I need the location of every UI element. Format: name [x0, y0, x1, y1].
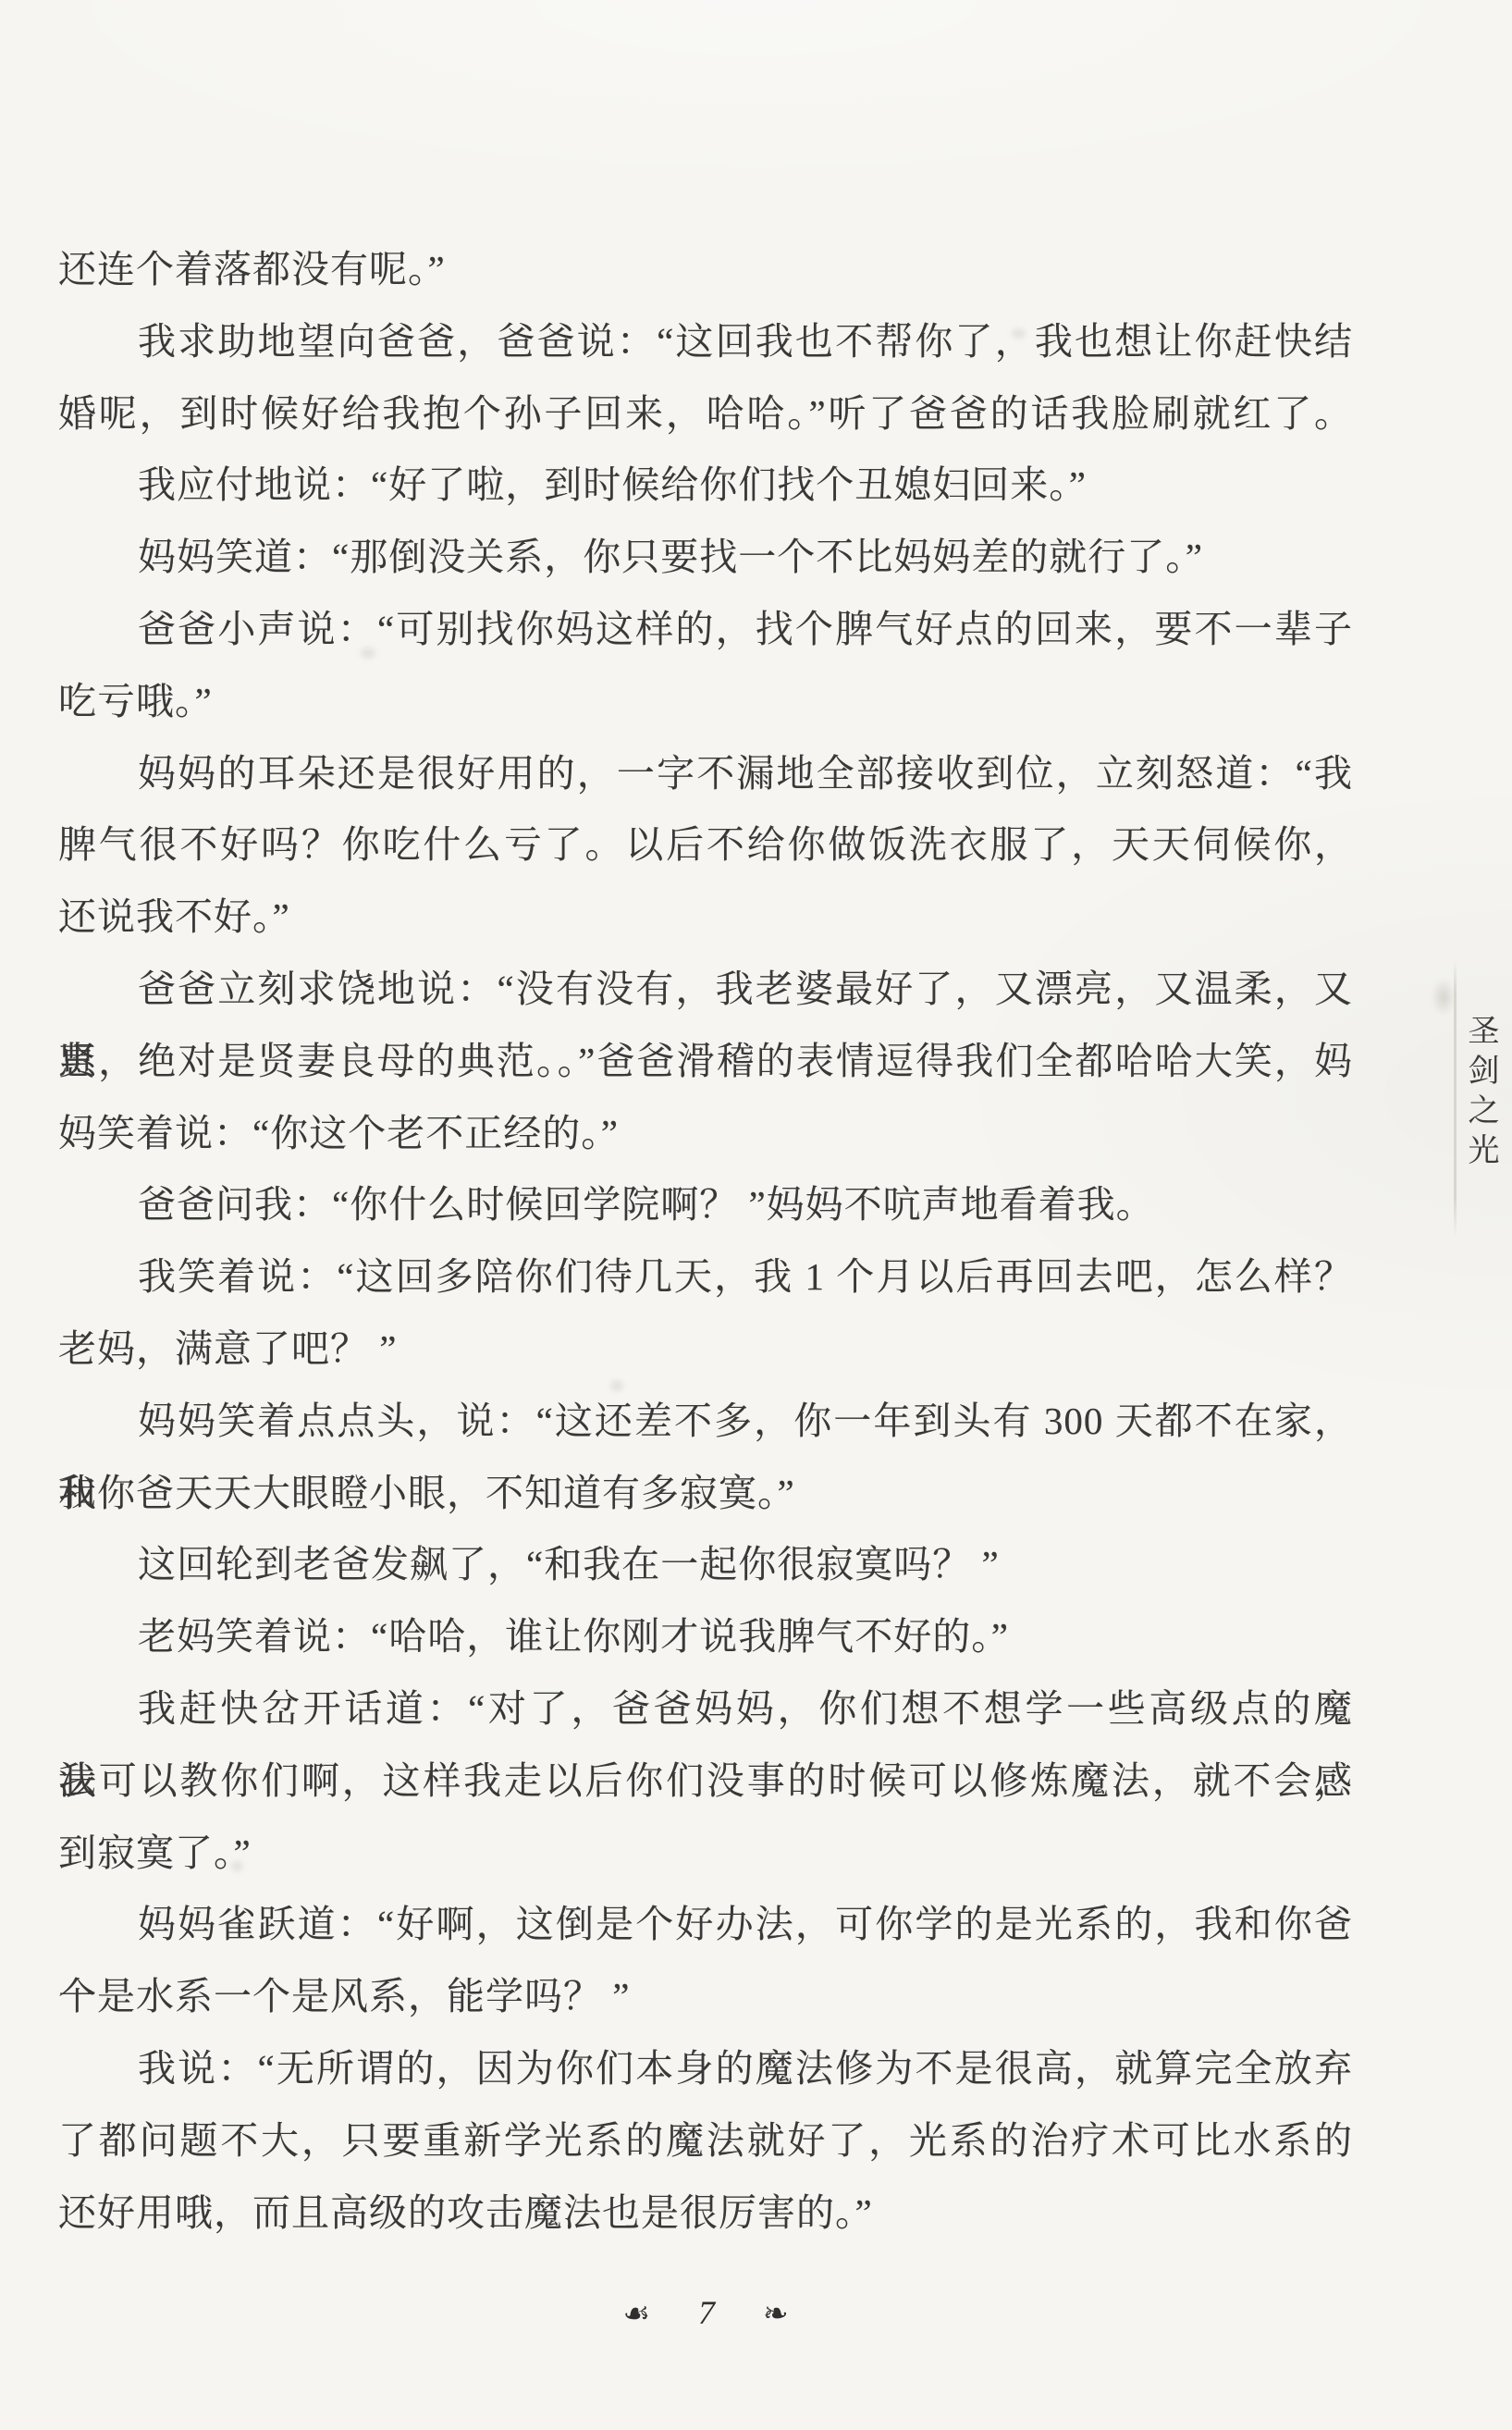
margin-divider-line	[1454, 960, 1457, 1238]
text-line: 婚呢，到时候好给我抱个孙子回来，哈哈。”听了爸爸的话我脸刷就红了。	[58, 378, 1353, 450]
text-line: 还好用哦，而且高级的攻击魔法也是很厉害的。”	[58, 2177, 1353, 2250]
book-page: 还连个着落都没有呢。”我求助地望向爸爸，爸爸说：“这回我也不帮你了，我也想让你赶…	[0, 0, 1512, 2430]
text-line: 妈妈雀跃道：“好啊，这倒是个好办法，可你学的是光系的，我和你爸一	[58, 1889, 1353, 1961]
text-line: 妈妈的耳朵还是很好用的，一字不漏地全部接收到位，立刻怒道：“我	[58, 738, 1353, 810]
scan-smudge	[1432, 979, 1456, 1016]
text-line: 我求助地望向爸爸，爸爸说：“这回我也不帮你了，我也想让你赶快结	[58, 306, 1353, 378]
text-line: 和你爸天天大眼瞪小眼，不知道有多寂寞。”	[58, 1458, 1353, 1530]
text-line: 爸爸小声说：“可别找你妈这样的，找个脾气好点的回来，要不一辈子	[58, 594, 1353, 666]
body-text: 还连个着落都没有呢。”我求助地望向爸爸，爸爸说：“这回我也不帮你了，我也想让你赶…	[58, 234, 1353, 2249]
text-line: 我笑着说：“这回多陪你们待几天，我 1 个月以后再回去吧，怎么样？	[58, 1241, 1353, 1314]
text-line: 妈笑着说：“你这个老不正经的。”	[58, 1098, 1353, 1170]
text-line: 老妈，满意了吧？ ”	[58, 1314, 1353, 1386]
text-line: 脾气很不好吗？你吃什么亏了。以后不给你做饭洗衣服了，天天伺候你，	[58, 809, 1353, 882]
text-line: 惠，绝对是贤妻良母的典范。。”爸爸滑稽的表情逗得我们全都哈哈大笑，妈	[58, 1026, 1353, 1098]
text-line: 这回轮到老爸发飙了，“和我在一起你很寂寞吗？ ”	[58, 1529, 1353, 1601]
text-line: 妈妈笑道：“那倒没关系，你只要找一个不比妈妈差的就行了。”	[58, 522, 1353, 594]
book-title-vertical: 圣剑之光	[1457, 1014, 1503, 1173]
text-line: 到寂寞了。”	[58, 1818, 1353, 1890]
page-footer: ☙ 7 ❧	[58, 2277, 1353, 2348]
page-number: 7	[698, 2296, 715, 2329]
text-line: 爸爸问我：“你什么时候回学院啊？ ”妈妈不吭声地看着我。	[58, 1169, 1353, 1241]
text-line: 我说：“无所谓的，因为你们本身的魔法修为不是很高，就算完全放弃	[58, 2033, 1353, 2105]
fleuron-right-icon: ❧	[763, 2298, 789, 2328]
text-line: 还连个着落都没有呢。”	[58, 234, 1353, 306]
text-line: 了都问题不大，只要重新学光系的魔法就好了，光系的治疗术可比水系的	[58, 2105, 1353, 2177]
text-line: 我赶快岔开话道：“对了，爸爸妈妈，你们想不想学一些高级点的魔法，	[58, 1673, 1353, 1745]
text-line: 个是水系一个是风系，能学吗？ ”	[58, 1961, 1353, 2033]
fleuron-left-icon: ☙	[622, 2298, 650, 2328]
text-line: 爸爸立刻求饶地说：“没有没有，我老婆最好了，又漂亮，又温柔，又贤	[58, 954, 1353, 1026]
text-line: 还说我不好。”	[58, 882, 1353, 954]
text-line: 我可以教你们啊，这样我走以后你们没事的时候可以修炼魔法，就不会感	[58, 1745, 1353, 1818]
text-line: 老妈笑着说：“哈哈，谁让你刚才说我脾气不好的。”	[58, 1601, 1353, 1673]
text-line: 妈妈笑着点点头，说：“这还差不多，你一年到头有 300 天都不在家，我	[58, 1386, 1353, 1458]
text-line: 我应付地说：“好了啦，到时候给你们找个丑媳妇回来。”	[58, 450, 1353, 522]
text-line: 吃亏哦。”	[58, 666, 1353, 738]
